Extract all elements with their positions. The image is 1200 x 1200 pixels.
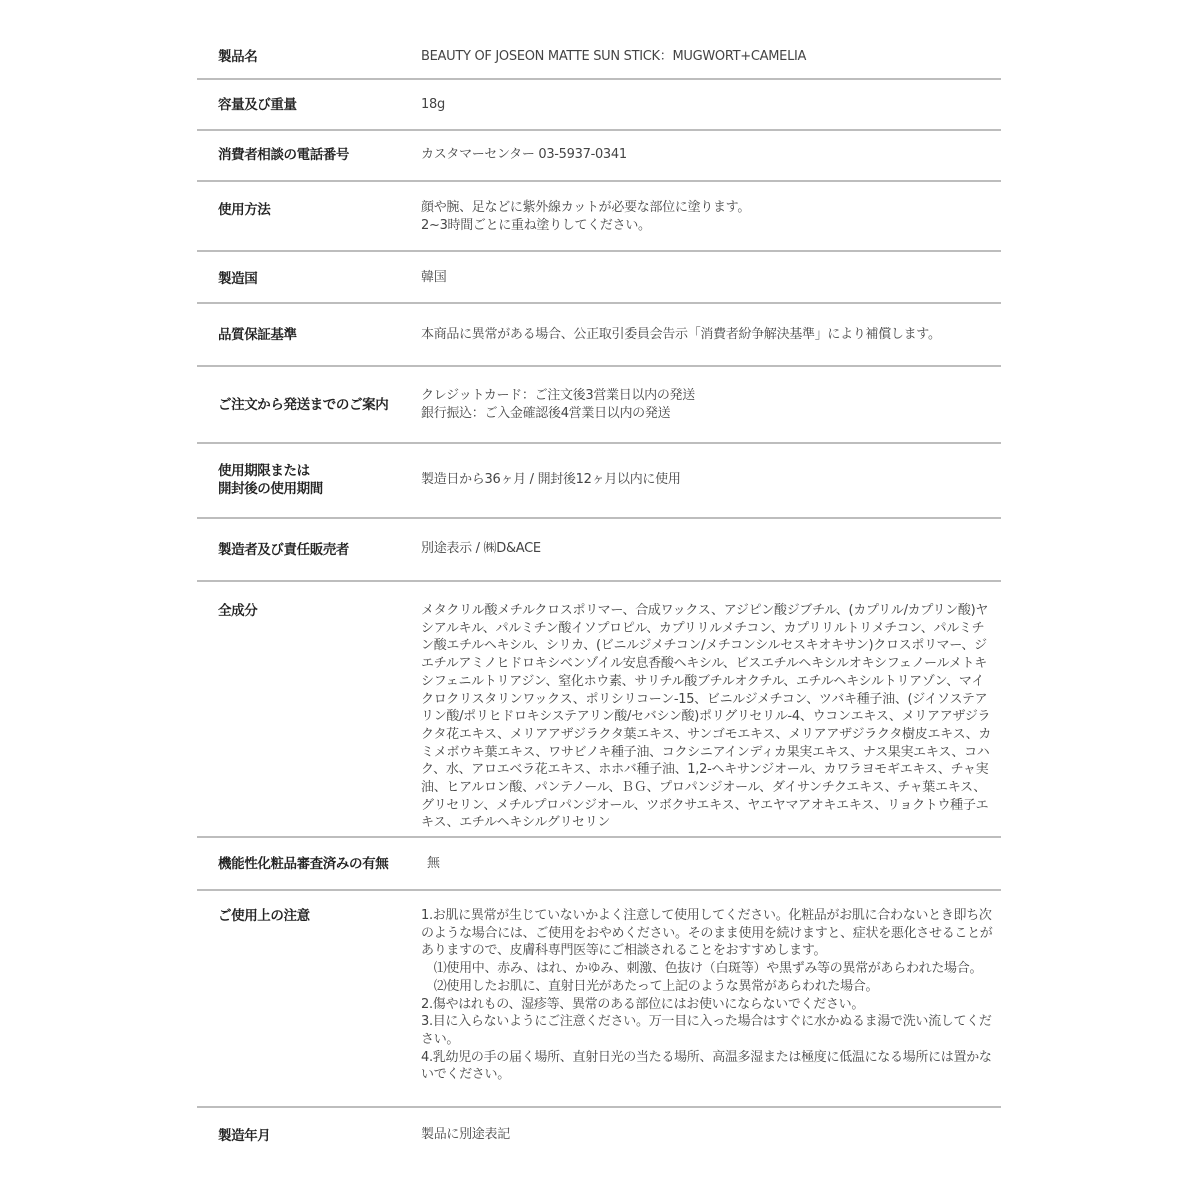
row-divider [197,129,1001,131]
row-divider [197,517,1001,519]
spec-label: 全成分 [218,602,257,620]
spec-value: 本商品に異常がある場合、公正取引委員会告示「消費者紛争解決基準」により補償します… [421,326,996,344]
spec-label: 製造者及び責任販売者 [218,541,349,559]
spec-label: 品質保証基準 [218,326,297,344]
row-divider [197,1106,1001,1108]
row-divider [197,442,1001,444]
row-divider [197,365,1001,367]
spec-value: カスタマーセンター 03-5937-0341 [421,146,996,164]
row-divider [197,580,1001,582]
row-divider [197,78,1001,80]
row-divider [197,836,1001,838]
spec-value: メタクリル酸メチルクロスポリマー、合成ワックス、アジピン酸ジブチル、(カプリル/… [421,602,996,832]
spec-label: 使用期限または 開封後の使用期間 [218,462,323,498]
spec-value: 無 [427,855,1002,873]
spec-value: 1.お肌に異常が生じていないかよく注意して使用してください。化粧品がお肌に合わな… [421,907,996,1084]
spec-label: ご使用上の注意 [218,907,310,925]
spec-label: 製品名 [218,48,257,66]
spec-label: 使用方法 [218,201,270,219]
spec-value: 韓国 [421,269,996,287]
spec-value: 製品に別途表記 [421,1126,996,1144]
spec-value: クレジットカード：ご注文後3営業日以内の発送 銀行振込：ご入金確認後4営業日以内… [421,387,996,422]
spec-value: 別途表示 / ㈱D&ACE [421,540,996,558]
row-divider [197,180,1001,182]
spec-label: 機能性化粧品審査済みの有無 [218,855,388,873]
spec-label: ご注文から発送までのご案内 [218,396,388,414]
spec-value: 18g [421,96,996,114]
spec-value: BEAUTY OF JOSEON MATTE SUN STICK：MUGWORT… [421,48,996,66]
spec-label: 製造国 [218,270,257,288]
spec-label: 消費者相談の電話番号 [218,146,349,164]
row-divider [197,250,1001,252]
row-divider [197,302,1001,304]
spec-label: 容量及び重量 [218,96,297,114]
spec-label: 製造年月 [218,1127,270,1145]
spec-value: 製造日から36ヶ月 / 開封後12ヶ月以内に使用 [421,471,996,489]
row-divider [197,889,1001,891]
spec-value: 顔や腕、足などに紫外線カットが必要な部位に塗ります。 2~3時間ごとに重ね塗りし… [421,199,996,234]
